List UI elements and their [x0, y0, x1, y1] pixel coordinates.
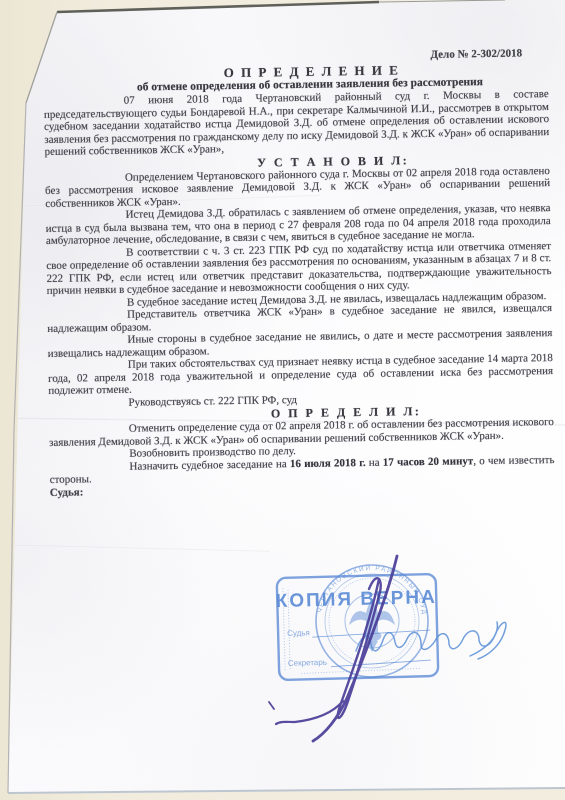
- bold-text: 16 июля 2018 г.: [290, 456, 366, 469]
- bold-text: 17 часов 20 минут: [383, 455, 474, 468]
- paper-crease: [0, 544, 270, 553]
- intro-paragraph: 07 июня 2018 года Чертановский районный …: [44, 88, 550, 158]
- text: Назначить судебное заседание на: [129, 458, 290, 473]
- text: на: [366, 456, 383, 468]
- paragraph: В соответствии с ч. 3 ст. 223 ГПК РФ суд…: [46, 240, 552, 298]
- opredelil-section: Отменить определение суда от 02 апреля 2…: [49, 416, 555, 486]
- document-text: Дело № 2-302/2018 О П Р Е Д Е Л Е Н И Е …: [43, 47, 555, 499]
- ustanovil-section: Определением Чертановского районного суд…: [45, 165, 554, 410]
- scanned-document: Дело № 2-302/2018 О П Р Е Д Е Л Е Н И Е …: [0, 0, 565, 800]
